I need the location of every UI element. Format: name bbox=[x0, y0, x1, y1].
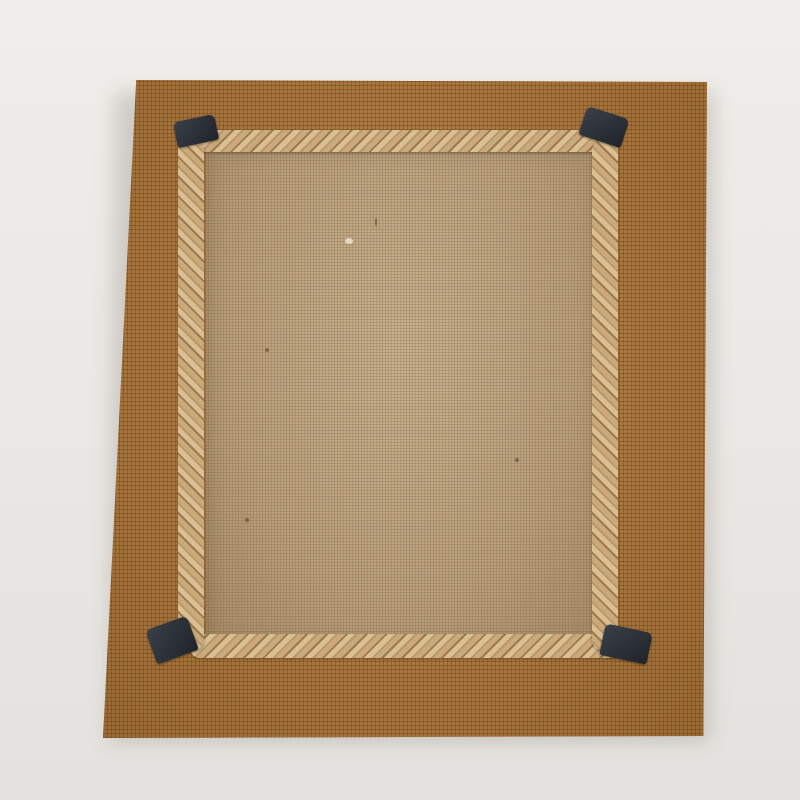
rope-right bbox=[592, 140, 618, 650]
rope-bottom bbox=[190, 634, 620, 658]
dark-speck bbox=[375, 218, 377, 226]
dark-speck bbox=[265, 348, 269, 352]
light-mark bbox=[345, 238, 353, 244]
rope-top bbox=[195, 130, 605, 152]
rope-left bbox=[178, 140, 204, 650]
burlap-backing-panel bbox=[205, 148, 603, 644]
dark-speck bbox=[245, 518, 249, 522]
dark-speck bbox=[515, 458, 519, 462]
